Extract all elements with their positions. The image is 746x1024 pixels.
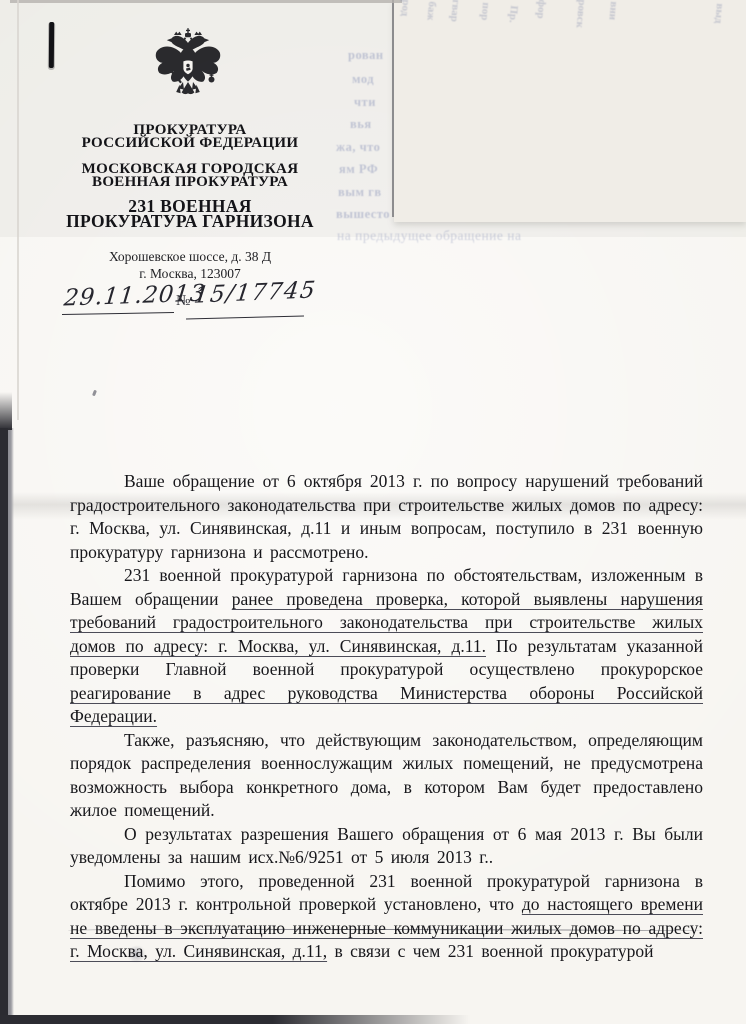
bleedthrough-fragment-rotated: род	[399, 0, 412, 17]
handwritten-date-underline	[62, 312, 174, 315]
bleedthrough-fragment: мод	[352, 72, 374, 87]
scan-dark-bottom-edge	[0, 1015, 470, 1024]
bleedthrough-fragment-rotated: пор	[478, 2, 492, 21]
scanned-letter-page: рованмодчтивьяжа, чтоям РФвым гввышестон…	[0, 0, 746, 1024]
bleedthrough-fragment: чти	[354, 95, 376, 110]
bleedthrough-fragment-rotated: выд	[712, 3, 726, 24]
bleedthrough-fragment-rotated: фор	[534, 0, 548, 19]
bleedthrough-fragment-rotated: баж	[424, 1, 438, 21]
staple-mark	[49, 22, 54, 68]
text-segment: Также, разъясняю, что действующим законо…	[70, 730, 703, 821]
underlined-phrase: реагирование в адрес руководства Министе…	[70, 683, 703, 727]
bleedthrough-fragment: жа, что	[336, 140, 380, 155]
body-paragraph: О результатах разрешения Вашего обращени…	[70, 823, 703, 870]
coat-of-arms-icon	[150, 27, 226, 107]
scan-dark-left-edge-fade	[0, 392, 12, 430]
overlapping-sheet-edge	[392, 0, 394, 217]
letterhead-spacer	[40, 229, 340, 248]
body-paragraph: Также, разъясняю, что действующим законо…	[70, 729, 703, 823]
bleedthrough-fragment-rotated: гвар	[448, 0, 462, 22]
letter-body: Ваше обращение от 6 октября 2013 г. по в…	[70, 470, 703, 964]
bleedthrough-fragment-rotated: Пр.	[507, 5, 520, 23]
bleedthrough-fragment: ям РФ	[339, 162, 378, 177]
text-segment: Ваше обращение от 6 октября 2013 г. по в…	[70, 471, 703, 562]
address-line1: Хорошевское шоссе, д. 38 Д	[40, 248, 340, 265]
page-left-crease	[17, 0, 19, 420]
bleedthrough-fragment: вья	[350, 117, 372, 132]
bleedthrough-fragment: рован	[348, 48, 384, 63]
org-name-line2: РОССИЙСКОЙ ФЕДЕРАЦИИ	[40, 137, 340, 150]
bleedthrough-fragment-rotated: ровск	[574, 0, 588, 29]
number-sign-label: №	[176, 293, 190, 310]
overlapping-sheet	[394, 0, 746, 222]
text-segment: О результатах разрешения Вашего обращени…	[70, 824, 703, 868]
scan-dark-left-edge	[0, 428, 14, 1024]
handwritten-outgoing-number: 15/17745	[192, 277, 318, 309]
letterhead: ПРОКУРАТУРА РОССИЙСКОЙ ФЕДЕРАЦИИ МОСКОВС…	[40, 124, 340, 282]
bleedthrough-fragment-rotated: вни	[606, 1, 620, 21]
bleedthrough-fragment: вым гв	[338, 185, 382, 200]
page-top-edge	[10, 0, 402, 3]
handwritten-number-underline	[186, 315, 304, 319]
bleedthrough-fragment: вышесто	[336, 207, 390, 222]
stray-pen-dot	[92, 390, 97, 397]
body-paragraph: Помимо этого, проведенной 231 военной пр…	[70, 870, 703, 964]
org-name-line6: ПРОКУРАТУРА ГАРНИЗОНА	[40, 214, 340, 229]
text-segment: в связи с чем 231 военной прокуратурой	[327, 941, 653, 961]
body-paragraph: Ваше обращение от 6 октября 2013 г. по в…	[70, 470, 703, 564]
body-paragraph: 231 военной прокуратурой гарнизона по об…	[70, 564, 703, 729]
org-name-line4: ВОЕННАЯ ПРОКУРАТУРА	[40, 176, 340, 189]
bleedthrough-fragment: на предыдущее обращение на	[337, 228, 521, 244]
